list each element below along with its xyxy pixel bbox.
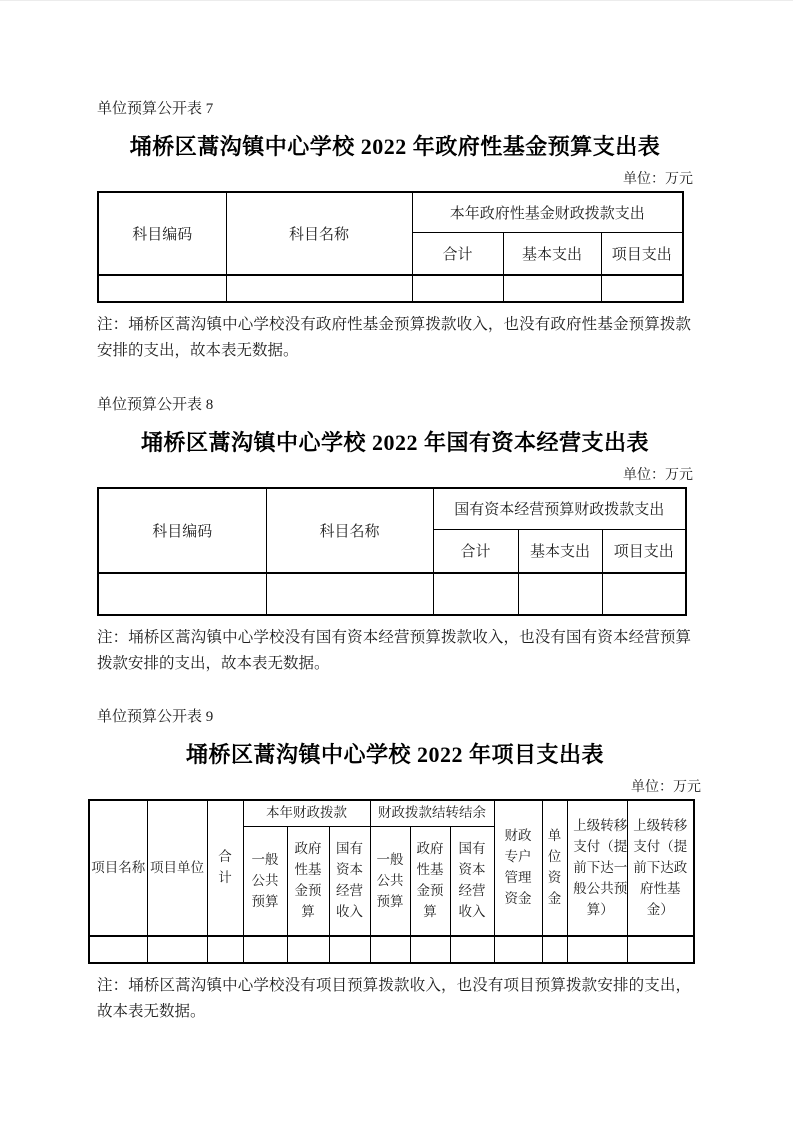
col-header-state-capital-income-label: 国有资本经营收入: [334, 839, 366, 923]
empty-cell: [287, 936, 329, 963]
col-header-project-expenditure: 项目支出: [602, 529, 686, 573]
empty-data-row: [98, 573, 686, 615]
section-project-expenditure: 单位预算公开表 9 埇桥区蒿沟镇中心学校 2022 年项目支出表 单位：万元 项…: [97, 709, 693, 1025]
empty-cell: [503, 275, 601, 302]
col-header-basic-expenditure: 基本支出: [518, 529, 602, 573]
empty-cell: [567, 936, 627, 963]
empty-cell: [266, 573, 433, 615]
col-header-subject-code: 科目编码: [98, 192, 226, 275]
col-header-total-label: 合计: [217, 847, 233, 889]
col-header-unit-funds: 单位资金: [542, 800, 567, 936]
col-header-total: 合计: [412, 232, 503, 275]
empty-cell: [627, 936, 694, 963]
unit-label: 单位：万元: [97, 172, 693, 188]
col-header-subject-code: 科目编码: [98, 488, 266, 573]
col-group-header-capital-expenditure: 国有资本经营预算财政拨款支出: [433, 488, 686, 529]
empty-data-row: [89, 936, 694, 963]
government-fund-budget-table: 科目编码 科目名称 本年政府性基金财政拨款支出 合计 基本支出 项目支出: [97, 191, 684, 303]
col-header-general-public-budget: 一般公共预算: [370, 826, 410, 936]
col-header-gov-fund-budget-label: 政府性基金预算: [414, 839, 446, 923]
empty-cell: [147, 936, 207, 963]
col-group-header-fund-expenditure: 本年政府性基金财政拨款支出: [412, 192, 683, 232]
empty-cell: [450, 936, 494, 963]
empty-cell: [243, 936, 287, 963]
col-header-general-public-budget-label: 一般公共预算: [374, 850, 406, 913]
col-header-general-public-budget-label: 一般公共预算: [249, 850, 281, 913]
state-capital-budget-table: 科目编码 科目名称 国有资本经营预算财政拨款支出 合计 基本支出 项目支出: [97, 487, 687, 616]
empty-cell: [370, 936, 410, 963]
empty-cell: [207, 936, 243, 963]
col-header-gov-fund-budget-label: 政府性基金预算: [292, 839, 324, 923]
project-expenditure-table: 项目名称 项目单位 合计 本年财政拨款 财政拨款结转结余 财政专户管理资金 单位…: [88, 799, 695, 964]
col-header-state-capital-income-label: 国有资本经营收入: [456, 839, 488, 923]
empty-cell: [433, 573, 518, 615]
col-header-project-unit: 项目单位: [147, 800, 207, 936]
unit-label: 单位：万元: [97, 468, 693, 484]
empty-cell: [98, 275, 226, 302]
empty-cell: [518, 573, 602, 615]
col-header-transfer-general-budget: 上级转移支付（提前下达一般公共预算）: [567, 800, 627, 936]
col-group-header-current-year-appropriation: 本年财政拨款: [243, 800, 370, 826]
table-title: 埇桥区蒿沟镇中心学校 2022 年政府性基金预算支出表: [97, 131, 693, 162]
empty-cell: [542, 936, 567, 963]
table-note: 注：埇桥区蒿沟镇中心学校没有国有资本经营预算拨款收入，也没有国有资本经营预算拨款…: [97, 625, 691, 677]
section-government-fund-budget: 单位预算公开表 7 埇桥区蒿沟镇中心学校 2022 年政府性基金预算支出表 单位…: [97, 101, 693, 364]
table-title: 埇桥区蒿沟镇中心学校 2022 年项目支出表: [97, 739, 693, 770]
col-header-total: 合计: [207, 800, 243, 936]
section-label: 单位预算公开表 8: [97, 397, 693, 414]
empty-cell: [494, 936, 542, 963]
col-header-basic-expenditure: 基本支出: [503, 232, 601, 275]
col-header-fiscal-special-account-label: 财政专户管理资金: [502, 826, 534, 910]
empty-cell: [226, 275, 412, 302]
empty-data-row: [98, 275, 683, 302]
table-title: 埇桥区蒿沟镇中心学校 2022 年国有资本经营支出表: [97, 427, 693, 458]
col-header-gov-fund-budget: 政府性基金预算: [287, 826, 329, 936]
empty-cell: [412, 275, 503, 302]
table-note: 注：埇桥区蒿沟镇中心学校没有政府性基金预算拨款收入，也没有政府性基金预算拨款安排…: [97, 312, 691, 364]
empty-cell: [410, 936, 450, 963]
unit-label: 单位：万元: [97, 780, 701, 796]
section-label: 单位预算公开表 7: [97, 101, 693, 118]
col-header-gov-fund-budget: 政府性基金预算: [410, 826, 450, 936]
col-header-project-expenditure: 项目支出: [601, 232, 683, 275]
col-header-transfer-general-budget-label: 上级转移支付（提前下达一般公共预算）: [569, 816, 628, 921]
section-label: 单位预算公开表 9: [97, 709, 693, 726]
col-header-subject-name: 科目名称: [226, 192, 412, 275]
section-state-capital-budget: 单位预算公开表 8 埇桥区蒿沟镇中心学校 2022 年国有资本经营支出表 单位：…: [97, 397, 693, 677]
page: 单位预算公开表 7 埇桥区蒿沟镇中心学校 2022 年政府性基金预算支出表 单位…: [0, 0, 793, 1122]
col-header-state-capital-income: 国有资本经营收入: [329, 826, 370, 936]
empty-cell: [89, 936, 147, 963]
col-header-transfer-gov-fund-label: 上级转移支付（提前下达政府性基金）: [631, 816, 690, 921]
col-header-subject-name: 科目名称: [266, 488, 433, 573]
empty-cell: [601, 275, 683, 302]
col-group-header-carryover-appropriation: 财政拨款结转结余: [370, 800, 494, 826]
col-header-fiscal-special-account: 财政专户管理资金: [494, 800, 542, 936]
col-header-total: 合计: [433, 529, 518, 573]
empty-cell: [329, 936, 370, 963]
col-header-general-public-budget: 一般公共预算: [243, 826, 287, 936]
empty-cell: [98, 573, 266, 615]
col-header-unit-funds-label: 单位资金: [547, 826, 563, 910]
col-header-state-capital-income: 国有资本经营收入: [450, 826, 494, 936]
col-header-transfer-gov-fund: 上级转移支付（提前下达政府性基金）: [627, 800, 694, 936]
col-header-project-name: 项目名称: [89, 800, 147, 936]
empty-cell: [602, 573, 686, 615]
table-note: 注：埇桥区蒿沟镇中心学校没有项目预算拨款收入，也没有项目预算拨款安排的支出，故本…: [97, 973, 691, 1025]
